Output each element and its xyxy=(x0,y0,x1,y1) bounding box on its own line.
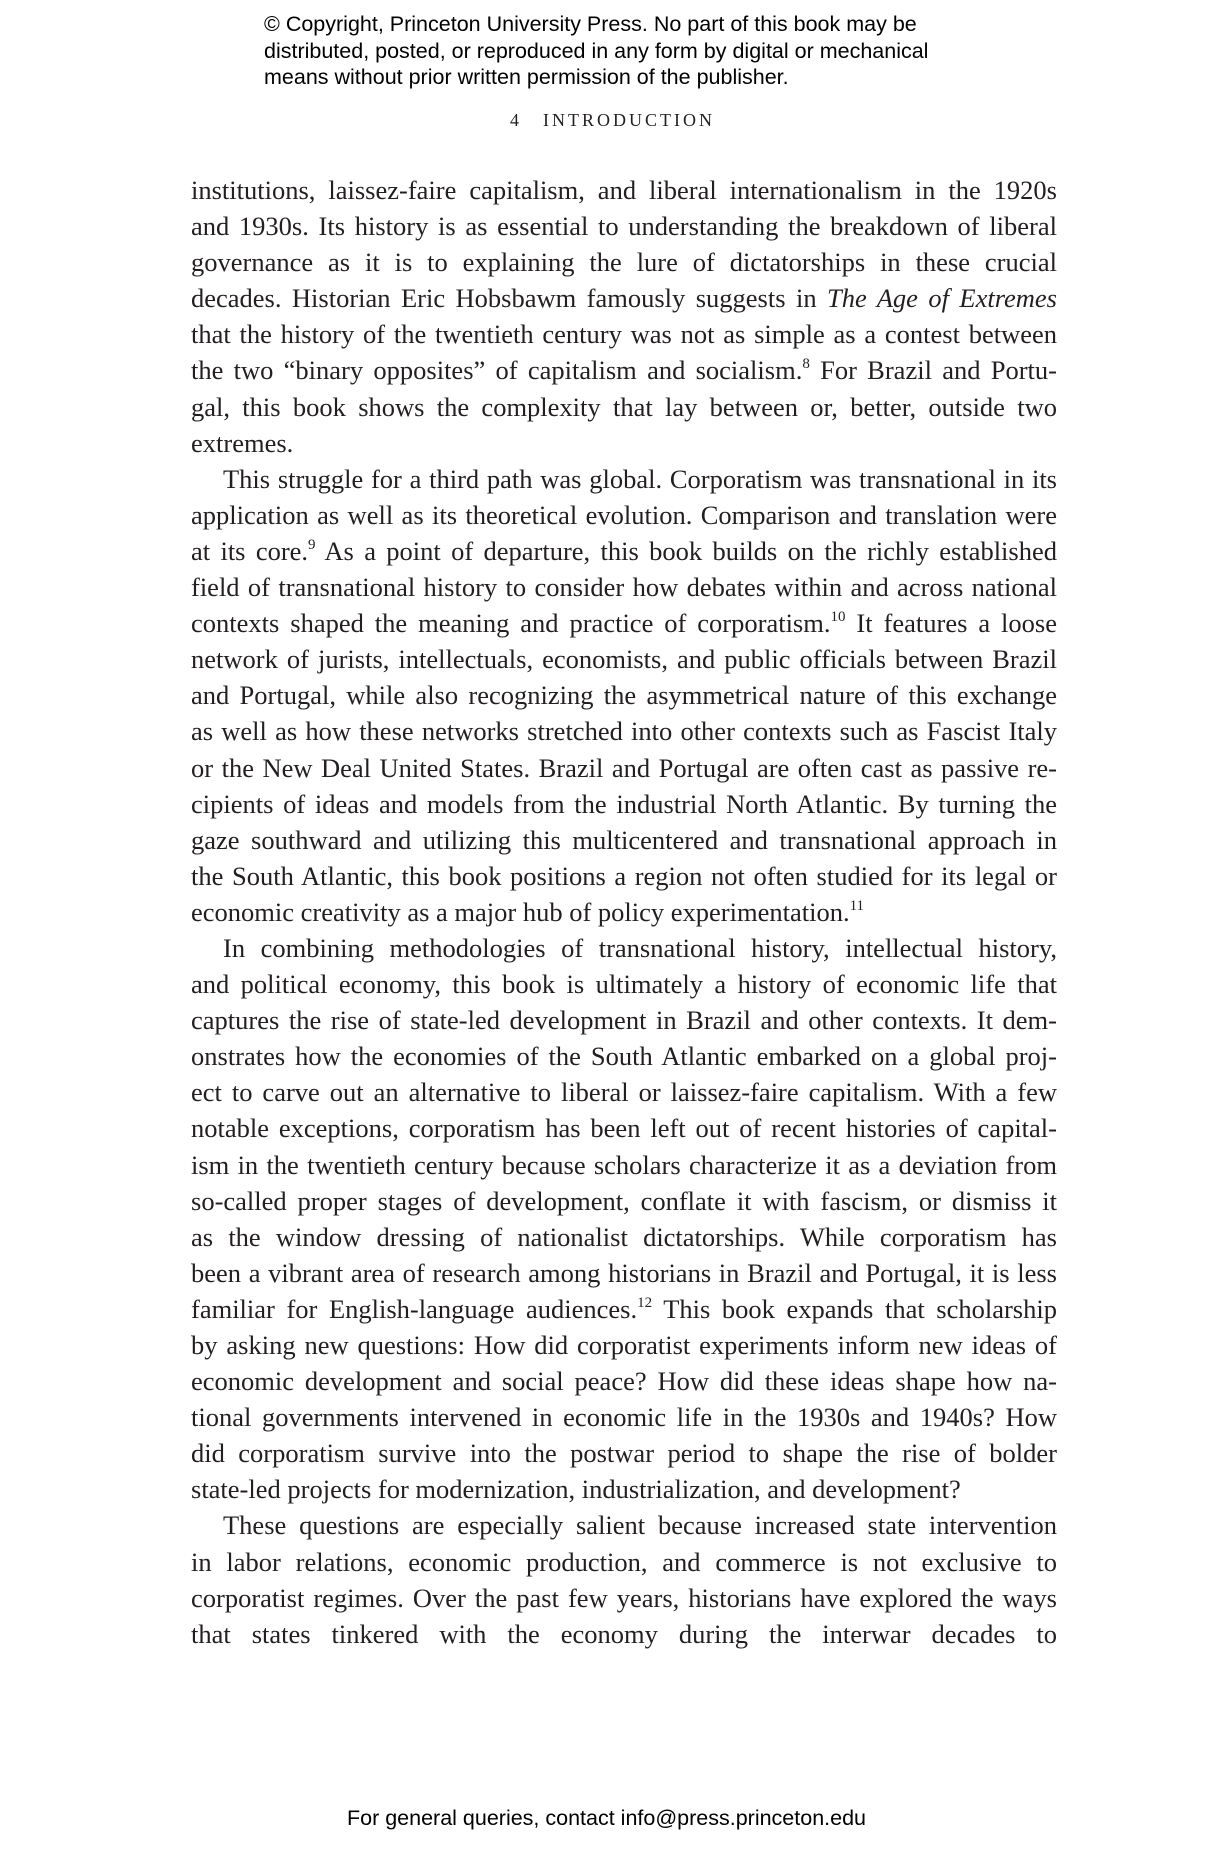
text-line: that states tinkered with the economy du… xyxy=(191,1616,1057,1652)
line-text: as the window dressing of nationalist di… xyxy=(191,1222,1057,1252)
text-line: This struggle for a third path was globa… xyxy=(191,461,1057,497)
text-line: ect to carve out an alternative to liber… xyxy=(191,1074,1057,1110)
text-line: network of jurists, intellectuals, econo… xyxy=(191,641,1057,677)
running-head: 4INTRODUCTION xyxy=(0,110,1225,131)
line-text: that states tinkered with the economy du… xyxy=(191,1619,1057,1649)
text-line: familiar for English-language audiences.… xyxy=(191,1291,1057,1327)
footnote-marker[interactable]: 9 xyxy=(308,537,316,553)
text-line: did corporatism survive into the postwar… xyxy=(191,1435,1057,1471)
line-text: ism in the twentieth century because sch… xyxy=(191,1150,1057,1180)
line-text: ect to carve out an alternative to liber… xyxy=(191,1077,1057,1107)
line-text: contexts shaped the meaning and practice… xyxy=(191,608,830,638)
line-text: gal, this book shows the complexity that… xyxy=(191,392,1057,422)
line-text: In combining methodologies of transnatio… xyxy=(223,933,1057,963)
footnote-marker[interactable]: 10 xyxy=(830,609,845,625)
line-text: been a vibrant area of research among hi… xyxy=(191,1258,1057,1288)
line-text: governance as it is to explaining the lu… xyxy=(191,247,1057,277)
text-line: by asking new questions: How did corpora… xyxy=(191,1327,1057,1363)
text-line: in labor relations, economic production,… xyxy=(191,1544,1057,1580)
text-line: the two “binary opposites” of capitalism… xyxy=(191,352,1057,388)
line-text: These questions are especially salient b… xyxy=(223,1510,1057,1540)
text-line: notable exceptions, corporatism has been… xyxy=(191,1110,1057,1146)
line-text: For Brazil and Portu- xyxy=(810,355,1057,385)
line-text: decades. Historian Eric Hobsbawm famousl… xyxy=(191,283,827,313)
text-line: economic development and social peace? H… xyxy=(191,1363,1057,1399)
copyright-notice: © Copyright, Princeton University Press.… xyxy=(264,11,984,91)
line-text: did corporatism survive into the postwar… xyxy=(191,1438,1057,1468)
line-text: and 1930s. Its history is as essential t… xyxy=(191,211,1057,241)
text-line: as the window dressing of nationalist di… xyxy=(191,1219,1057,1255)
line-text: extremes. xyxy=(191,428,293,458)
line-text: field of transnational history to consid… xyxy=(191,572,1057,602)
text-line: institutions, laissez-faire capitalism, … xyxy=(191,172,1057,208)
text-line: that the history of the twentieth centur… xyxy=(191,316,1057,352)
line-text: in labor relations, economic production,… xyxy=(191,1547,1057,1577)
line-text: tional governments intervened in economi… xyxy=(191,1402,1057,1432)
line-text: and Portugal, while also recognizing the… xyxy=(191,680,1057,710)
line-text: application as well as its theoretical e… xyxy=(191,500,1057,530)
text-line: In combining methodologies of transnatio… xyxy=(191,930,1057,966)
text-line: corporatist regimes. Over the past few y… xyxy=(191,1580,1057,1616)
line-text: economic creativity as a major hub of po… xyxy=(191,897,850,927)
text-line: and 1930s. Its history is as essential t… xyxy=(191,208,1057,244)
line-text: at its core. xyxy=(191,536,308,566)
text-line: governance as it is to explaining the lu… xyxy=(191,244,1057,280)
line-text: gaze southward and utilizing this multic… xyxy=(191,825,1057,855)
text-line: economic creativity as a major hub of po… xyxy=(191,894,1057,930)
line-text: state-led projects for modernization, in… xyxy=(191,1474,961,1504)
body-text: institutions, laissez-faire capitalism, … xyxy=(191,172,1057,1652)
text-line: been a vibrant area of research among hi… xyxy=(191,1255,1057,1291)
line-text: as well as how these networks stretched … xyxy=(191,716,1057,746)
copyright-line: © Copyright, Princeton University Press.… xyxy=(264,11,984,38)
line-text: so-called proper stages of development, … xyxy=(191,1186,1057,1216)
footnote-marker[interactable]: 11 xyxy=(850,898,864,914)
line-text: familiar for English-language audiences. xyxy=(191,1294,637,1324)
text-line: state-led projects for modernization, in… xyxy=(191,1471,1057,1507)
text-line: tional governments intervened in economi… xyxy=(191,1399,1057,1435)
line-text: notable exceptions, corporatism has been… xyxy=(191,1113,1057,1143)
line-text: It features a loose xyxy=(845,608,1057,638)
text-line: at its core.9 As a point of departure, t… xyxy=(191,533,1057,569)
footnote-marker[interactable]: 12 xyxy=(637,1295,652,1311)
text-line: as well as how these networks stretched … xyxy=(191,713,1057,749)
text-line: and political economy, this book is ulti… xyxy=(191,966,1057,1002)
text-line: decades. Historian Eric Hobsbawm famousl… xyxy=(191,280,1057,316)
line-text: network of jurists, intellectuals, econo… xyxy=(191,644,1057,674)
text-line: onstrates how the economies of the South… xyxy=(191,1038,1057,1074)
text-line: and Portugal, while also recognizing the… xyxy=(191,677,1057,713)
text-line: field of transnational history to consid… xyxy=(191,569,1057,605)
line-text: onstrates how the economies of the South… xyxy=(191,1041,1057,1071)
text-line: These questions are especially salient b… xyxy=(191,1507,1057,1543)
line-text: by asking new questions: How did corpora… xyxy=(191,1330,1057,1360)
book-title: The Age of Extremes xyxy=(827,283,1057,313)
text-line: contexts shaped the meaning and practice… xyxy=(191,605,1057,641)
text-line: cipients of ideas and models from the in… xyxy=(191,786,1057,822)
text-line: gaze southward and utilizing this multic… xyxy=(191,822,1057,858)
text-line: application as well as its theoretical e… xyxy=(191,497,1057,533)
text-line: or the New Deal United States. Brazil an… xyxy=(191,750,1057,786)
line-text: This book expands that scholarship xyxy=(652,1294,1057,1324)
copyright-line: means without prior written permission o… xyxy=(264,64,984,91)
page-number: 4 xyxy=(510,110,519,130)
section-title: INTRODUCTION xyxy=(543,110,715,130)
line-text: that the history of the twentieth centur… xyxy=(191,319,1057,349)
copyright-line: distributed, posted, or reproduced in an… xyxy=(264,38,984,65)
line-text: or the New Deal United States. Brazil an… xyxy=(191,753,1057,783)
text-line: captures the rise of state-led developme… xyxy=(191,1002,1057,1038)
text-line: extremes. xyxy=(191,425,1057,461)
text-line: the South Atlantic, this book positions … xyxy=(191,858,1057,894)
line-text: corporatist regimes. Over the past few y… xyxy=(191,1583,1057,1613)
line-text: the South Atlantic, this book positions … xyxy=(191,861,1057,891)
line-text: As a point of departure, this book build… xyxy=(316,536,1057,566)
footnote-marker[interactable]: 8 xyxy=(802,356,810,372)
line-text: institutions, laissez-faire capitalism, … xyxy=(191,175,1057,205)
footer-contact: For general queries, contact info@press.… xyxy=(347,1806,866,1831)
text-line: gal, this book shows the complexity that… xyxy=(191,389,1057,425)
line-text: the two “binary opposites” of capitalism… xyxy=(191,355,802,385)
line-text: This struggle for a third path was globa… xyxy=(223,464,1057,494)
line-text: captures the rise of state-led developme… xyxy=(191,1005,1057,1035)
line-text: and political economy, this book is ulti… xyxy=(191,969,1057,999)
line-text: economic development and social peace? H… xyxy=(191,1366,1057,1396)
text-line: ism in the twentieth century because sch… xyxy=(191,1147,1057,1183)
text-line: so-called proper stages of development, … xyxy=(191,1183,1057,1219)
line-text: cipients of ideas and models from the in… xyxy=(191,789,1057,819)
